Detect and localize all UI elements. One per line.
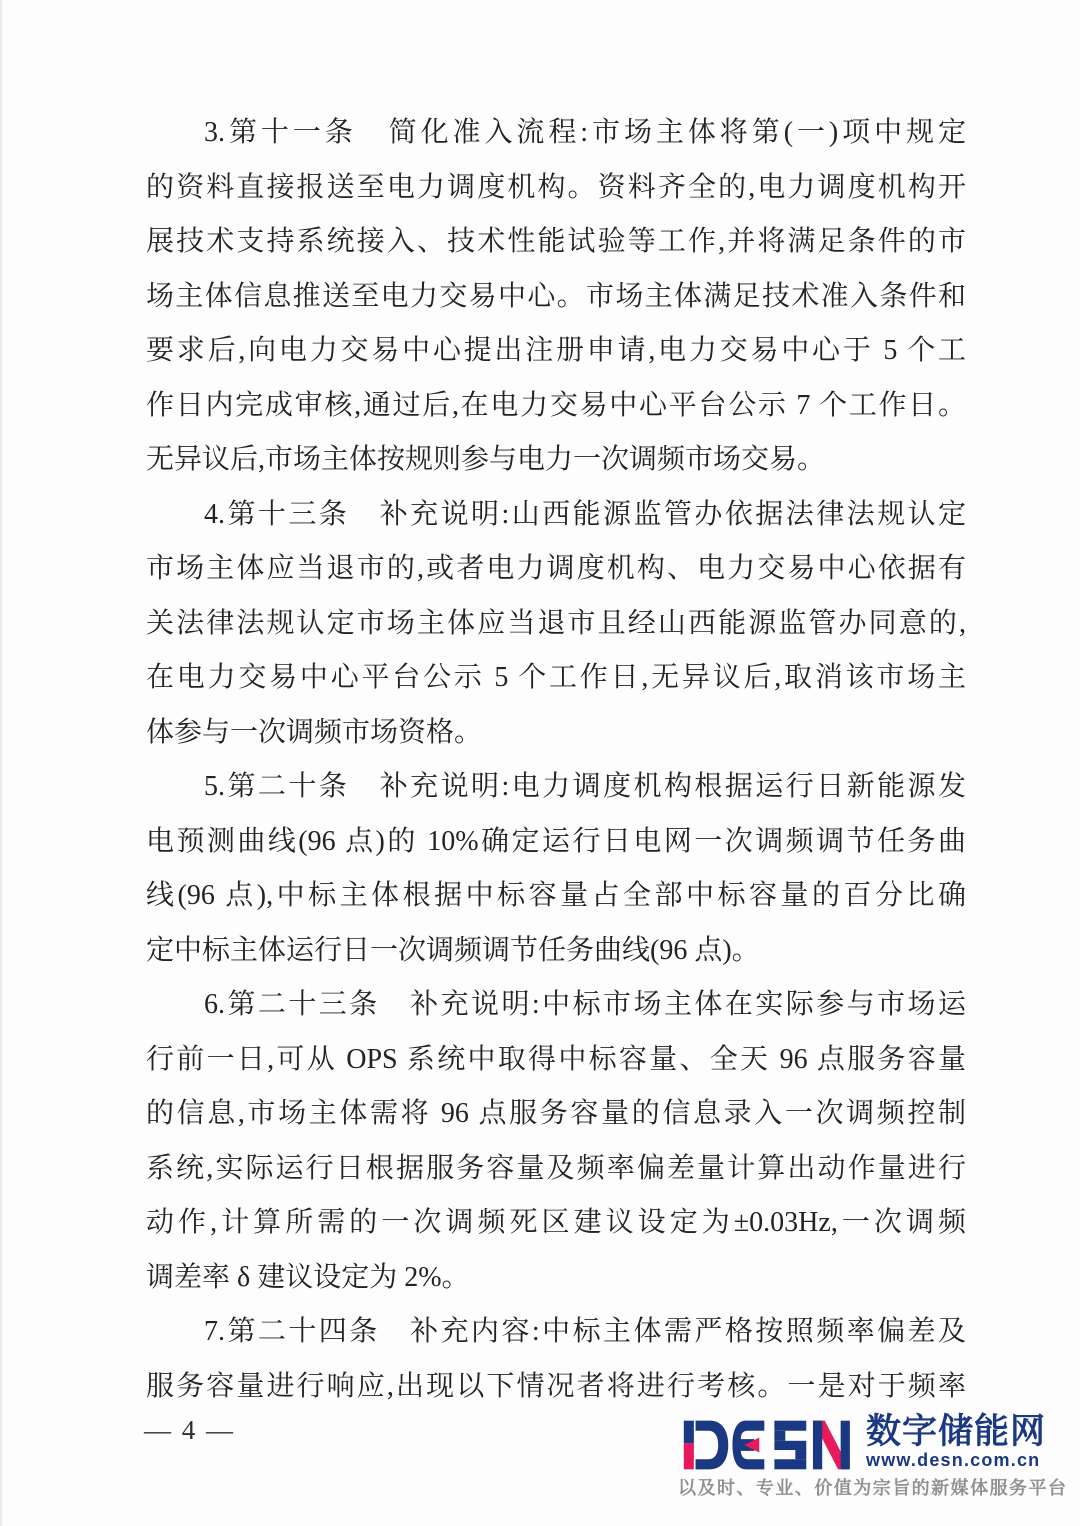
text-line: 在电力交易中心平台公示 5 个工作日,无异议后,取消该市场主 [146, 651, 966, 706]
text-line: 市场主体应当退市的,或者电力调度机构、电力交易中心依据有 [146, 542, 966, 597]
brand-name: 数字储能网 [866, 1412, 1066, 1451]
text-line: 关法律法规认定市场主体应当退市且经山西能源监管办同意的, [146, 597, 966, 652]
text-line: 电预测曲线(96 点)的 10%确定运行日电网一次调频调节任务曲 [146, 815, 966, 870]
text-line: 6.第二十三条 补充说明:中标市场主体在实际参与市场运 [146, 978, 966, 1033]
text-line: 体参与一次调频市场资格。 [146, 706, 966, 761]
text-line: 调差率 δ 建议设定为 2%。 [146, 1251, 966, 1306]
brand-url: www.desn.com.cn [866, 1451, 1066, 1470]
text-line: 3.第十一条 简化准入流程:市场主体将第(一)项中规定 [146, 106, 966, 161]
text-line: 定中标主体运行日一次调频调节任务曲线(96 点)。 [146, 924, 966, 979]
text-line: 无异议后,市场主体按规则参与电力一次调频市场交易。 [146, 433, 966, 488]
text-line: 场主体信息推送至电力交易中心。市场主体满足技术准入条件和 [146, 270, 966, 325]
text-line: 5.第二十条 补充说明:电力调度机构根据运行日新能源发 [146, 760, 966, 815]
desn-wordmark-icon [678, 1419, 854, 1471]
document-body: 3.第十一条 简化准入流程:市场主体将第(一)项中规定 的资料直接报送至电力调度… [146, 106, 966, 1414]
brand-row: 数字储能网 www.desn.com.cn [678, 1412, 1066, 1472]
brand-tagline: 以及时、专业、价值为宗旨的新媒体服务平台 [678, 1478, 1066, 1499]
text-line: 行前一日,可从 OPS 系统中取得中标容量、全天 96 点服务容量 [146, 1033, 966, 1088]
page-number: — 4 — [144, 1410, 235, 1450]
desn-footer-logo: 数字储能网 www.desn.com.cn 以及时、专业、价值为宗旨的新媒体服务… [678, 1412, 1066, 1499]
text-line: 服务容量进行响应,出现以下情况者将进行考核。一是对于频率 [146, 1360, 966, 1415]
text-line: 4.第十三条 补充说明:山西能源监管办依据法律法规认定 [146, 488, 966, 543]
text-line: 线(96 点),中标主体根据中标容量占全部中标容量的百分比确 [146, 869, 966, 924]
text-line: 动作,计算所需的一次调频死区建议设定为±0.03Hz,一次调频 [146, 1196, 966, 1251]
text-line: 要求后,向电力交易中心提出注册申请,电力交易中心于 5 个工 [146, 324, 966, 379]
brand-text-column: 数字储能网 www.desn.com.cn [866, 1412, 1066, 1470]
document-page: 3.第十一条 简化准入流程:市场主体将第(一)项中规定 的资料直接报送至电力调度… [0, 0, 1080, 1526]
text-line: 系统,实际运行日根据服务容量及频率偏差量计算出动作量进行 [146, 1142, 966, 1197]
text-line: 的信息,市场主体需将 96 点服务容量的信息录入一次调频控制 [146, 1087, 966, 1142]
text-line: 作日内完成审核,通过后,在电力交易中心平台公示 7 个工作日。 [146, 379, 966, 434]
text-line: 展技术支持系统接入、技术性能试验等工作,并将满足条件的市 [146, 215, 966, 270]
text-line: 7.第二十四条 补充内容:中标主体需严格按照频率偏差及 [146, 1305, 966, 1360]
text-line: 的资料直接报送至电力调度机构。资料齐全的,电力调度机构开 [146, 161, 966, 216]
